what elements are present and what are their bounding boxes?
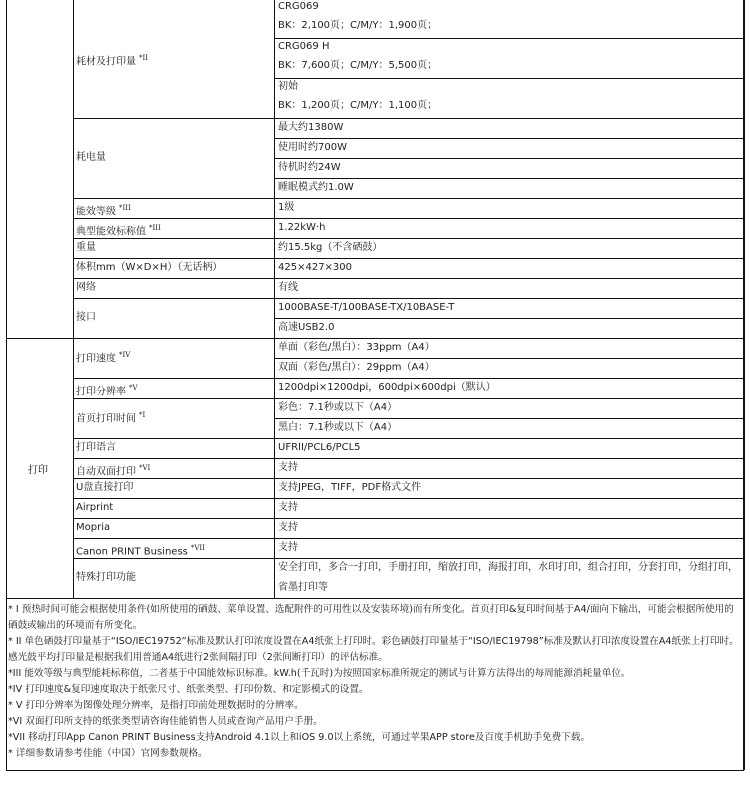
row-divider — [73, 278, 744, 279]
spec-value: 支持 — [278, 461, 298, 475]
row-divider — [73, 538, 744, 539]
spec-sheet: 耗材及打印量*II CRG069 BK：2,100页；C/M/Y：1,900页；… — [0, 0, 750, 785]
spec-value: 待机时约24W — [278, 161, 341, 175]
row-divider — [73, 438, 744, 439]
row-divider — [274, 418, 744, 419]
spec-label-special-functions: 特殊打印功能 — [76, 571, 136, 585]
spec-label-energy-class: 能效等级*III — [76, 201, 131, 219]
row-divider — [274, 318, 744, 319]
spec-value: 支持JPEG，TIFF，PDF格式文件 — [278, 481, 421, 495]
footnote-ref: *VI — [139, 464, 150, 472]
spec-value: 支持 — [278, 501, 298, 515]
spec-label-first-print: 首页打印时间*I — [76, 408, 145, 426]
footnote-4: *IV 打印速度&复印速度取决于纸张尺寸、纸张类型、打印份数、和定影模式的设置。 — [8, 682, 742, 698]
spec-label-resolution: 打印分辨率*V — [76, 381, 138, 399]
spec-label-power: 耗电量 — [76, 151, 106, 165]
table-bottom-border — [6, 598, 744, 599]
spec-value: 支持 — [278, 521, 298, 535]
spec-value: 黑白：7.1秒或以下（A4） — [278, 421, 397, 435]
spec-label-consumables: 耗材及打印量*II — [76, 51, 148, 69]
spec-value: 彩色：7.1秒或以下（A4） — [278, 401, 397, 415]
spec-value: 使用时约700W — [278, 141, 347, 155]
spec-label-interface: 接口 — [76, 311, 96, 325]
spec-value: 高速USB2.0 — [278, 321, 334, 335]
spec-value: 支持 — [278, 541, 298, 555]
footnote-ref: *I — [139, 411, 145, 419]
row-divider — [73, 398, 744, 399]
row-divider — [274, 138, 744, 139]
row-divider — [73, 298, 744, 299]
spec-value: CRG069 H — [278, 40, 329, 54]
footnote-8: * 详细参数请参考佳能（中国）官网参数规格。 — [8, 746, 742, 762]
section-group-print: 打印 — [28, 461, 48, 476]
footnote-ref: *VII — [191, 544, 205, 552]
spec-value: 最大约1380W — [278, 121, 343, 135]
spec-value: 1级 — [278, 201, 294, 215]
spec-label-canon-print-business: Canon PRINT Business*VII — [76, 541, 205, 559]
footnote-6: *VI 双面打印所支持的纸张类型请咨询佳能销售人员或查询产品用户手册。 — [8, 714, 742, 730]
footnote-7: *VII 移动打印App Canon PRINT Business支持Andro… — [8, 730, 742, 746]
spec-value: 单面（彩色/黑白）：33ppm（A4） — [278, 341, 435, 355]
footnotes-bottom-border — [6, 770, 744, 771]
spec-label-mopria: Mopria — [76, 521, 110, 535]
footnote-5: * V 打印分辨率为图像处理分辨率，是指打印前处理数据时的分辨率。 — [8, 698, 742, 714]
row-divider — [73, 458, 744, 459]
spec-value: 睡眠模式约1.0W — [278, 181, 354, 195]
footnote-ref: *IV — [119, 351, 130, 359]
row-divider — [274, 358, 744, 359]
table-border-left — [6, 0, 7, 770]
footnote-ref: *III — [149, 224, 161, 232]
spec-label-network: 网络 — [76, 281, 96, 295]
spec-value: BK：1,200页；C/M/Y：1,100页； — [278, 99, 437, 113]
row-divider — [274, 158, 744, 159]
spec-label-weight: 重量 — [76, 241, 96, 255]
row-divider — [73, 198, 744, 199]
footnotes: * I 预热时间可能会根据使用条件(如所使用的硒鼓、菜单设置、选配附件的可用性以… — [8, 602, 742, 762]
label-column-divider — [274, 0, 275, 598]
spec-value: 双面（彩色/黑白）：29ppm（A4） — [278, 361, 435, 375]
spec-label-print-speed: 打印速度*IV — [76, 348, 130, 366]
row-divider — [73, 378, 744, 379]
footnote-ref: *III — [119, 204, 131, 212]
spec-label-dimensions: 体积mm（W×D×H）（无话柄） — [76, 261, 222, 275]
spec-value: 安全打印，多合一打印，手册打印，缩放打印，海报打印，水印打印，组合打印，分套打印… — [278, 558, 740, 598]
spec-value: BK：2,100页；C/M/Y：1,900页； — [278, 19, 437, 33]
spec-value: 初始 — [278, 80, 298, 94]
spec-label-print-language: 打印语言 — [76, 441, 116, 455]
row-divider — [73, 498, 744, 499]
spec-label-airprint: Airprint — [76, 501, 113, 515]
footnote-1: * I 预热时间可能会根据使用条件(如所使用的硒鼓、菜单设置、选配附件的可用性以… — [8, 602, 742, 634]
spec-value: 1200dpi×1200dpi，600dpi×600dpi（默认） — [278, 381, 496, 395]
spec-value: 1.22kW·h — [278, 221, 325, 235]
row-divider — [73, 478, 744, 479]
row-divider — [274, 178, 744, 179]
row-divider — [73, 238, 744, 239]
row-divider — [73, 218, 744, 219]
spec-value: BK：7,600页；C/M/Y：5,500页； — [278, 59, 437, 73]
spec-value: 1000BASE-T/100BASE-TX/10BASE-T — [278, 301, 454, 315]
footnote-3: *III 能效等级与典型能耗标称值，二者基于中国能效标识标准。kW.h(千瓦时)… — [8, 666, 742, 682]
footnote-ref: *II — [139, 54, 148, 62]
table-border-right — [743, 0, 745, 770]
spec-value: UFRII/PCL6/PCL5 — [278, 441, 361, 455]
row-divider — [73, 118, 744, 119]
spec-value: CRG069 — [278, 0, 319, 14]
row-divider — [274, 38, 744, 39]
spec-value: 有线 — [278, 281, 298, 295]
footnote-ref: *V — [129, 384, 138, 392]
spec-label-duplex: 自动双面打印*VI — [76, 461, 150, 479]
row-divider — [73, 518, 744, 519]
footnote-2: * II 单色硒鼓打印量基于“ISO/IEC19752”标准及默认打印浓度设置在… — [8, 634, 742, 666]
spec-label-typical-energy: 典型能效标称值*III — [76, 221, 161, 239]
spec-value: 约15.5kg（不含硒鼓） — [278, 241, 382, 255]
group-column-divider — [73, 0, 74, 598]
spec-label-usb-print: U盘直接打印 — [76, 481, 133, 495]
spec-value: 425×427×300 — [278, 261, 352, 275]
section-divider — [6, 338, 744, 339]
row-divider — [274, 78, 744, 79]
row-divider — [73, 258, 744, 259]
